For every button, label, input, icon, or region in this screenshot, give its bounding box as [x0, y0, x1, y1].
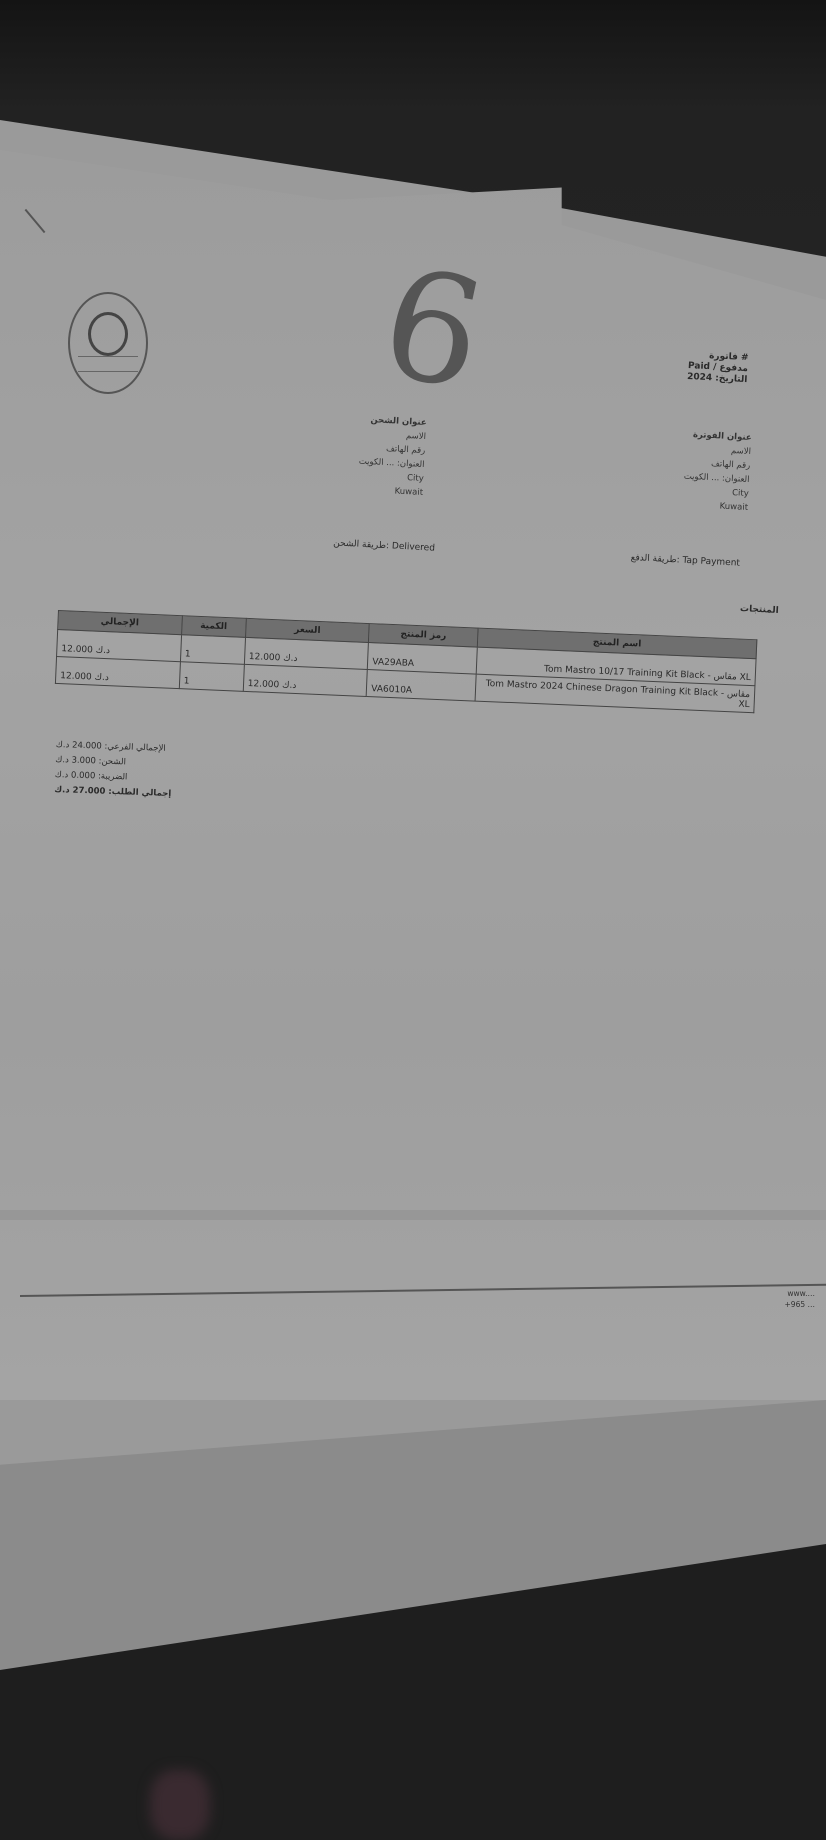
footer-phone: +965 …: [615, 1299, 815, 1310]
company-logo-icon: [68, 292, 148, 394]
footer-website: www.…: [615, 1288, 815, 1299]
background-object: [150, 1770, 210, 1840]
logo-emblem-icon: [88, 312, 128, 356]
invoice-header: فاتورة # Paid / مدفوع التاريخ: 2024: [627, 347, 749, 386]
row-qty: 1: [180, 635, 245, 665]
order-totals: الإجمالي الفرعي: 24.000 د.ك الشحن: 3.000…: [54, 738, 173, 802]
row-sku: VA6010A: [366, 670, 476, 702]
logo-band: [78, 356, 138, 372]
items-heading: المنتجات: [740, 604, 779, 616]
shipping-address: عنوان الشحن الاسم رقم الهاتف العنوان: ..…: [193, 404, 427, 500]
row-price: 12.000 د.ك: [243, 664, 368, 696]
footer-contact: www.… +965 …: [615, 1288, 815, 1310]
row-total: 12.000 د.ك: [55, 656, 180, 688]
paper-fold: [0, 1210, 826, 1220]
row-qty: 1: [179, 662, 244, 692]
billing-address: عنوان الفوترة الاسم رقم الهاتف العنوان: …: [518, 419, 752, 515]
